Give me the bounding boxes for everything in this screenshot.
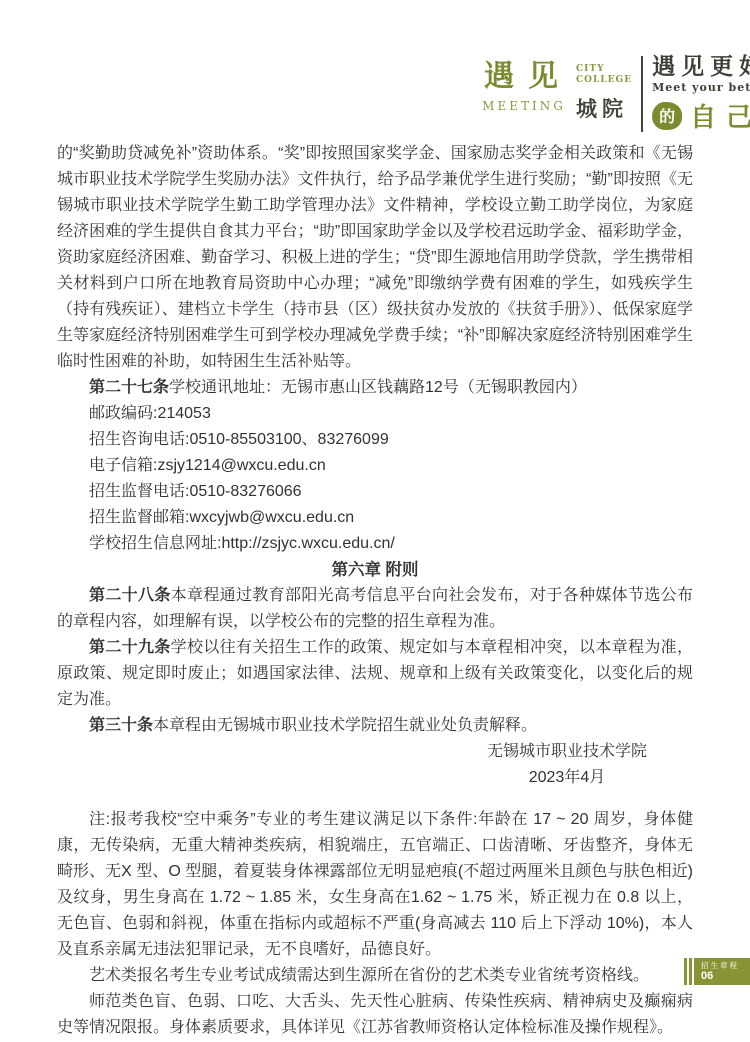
logo-yujian-text: 遇见 [476,62,572,92]
logo-meeting-text: MEETING [476,99,572,113]
footer-section-label: 招生章程 [701,961,746,970]
footer-stripe-1 [684,958,687,985]
signature-block: 无锡城市职业技术学院 2023年4月 [57,739,693,791]
college-logo: 遇见 MEETING CITY COLLEGE 城院 遇见更好 Meet you… [476,54,750,134]
article-30-text: 本章程由无锡城市职业技术学院招生就业处负责解释。 [153,717,537,734]
logo-divider [641,56,643,132]
chapter-6-heading: 第六章 附则 [57,557,693,583]
contact-postal-code: 邮政编码:214053 [57,401,693,427]
signature-inner: 无锡城市职业技术学院 2023年4月 [487,739,647,791]
logo-slogan-block: 遇见更好 Meet your better self 的 自己 [652,54,750,134]
footer-page-tab: 招生章程 06 [684,958,750,985]
article-29-label: 第二十九条 [89,639,171,656]
footer-stripe-2 [689,958,692,985]
document-page: 遇见 MEETING CITY COLLEGE 城院 遇见更好 Meet you… [0,0,750,1042]
article-28-label: 第二十八条 [89,587,171,604]
signature-college-name: 无锡城市职业技术学院 [487,739,647,765]
article-29: 第二十九条学校以往有关招生工作的政策、规定如与本章程相冲突，以本章程为准，原政策… [57,635,693,713]
contact-email: 电子信箱:zsjy1214@wxcu.edu.cn [57,453,693,479]
article-28: 第二十八条本章程通过教育部阳光高考信息平台向社会发布，对于各种媒体节选公布的章程… [57,583,693,635]
logo-slogan-bottom-row: 的 自己 [652,97,750,134]
footer-block: 招生章程 06 [694,958,750,985]
signature-date: 2023年4月 [487,765,647,791]
logo-slogan-en: Meet your better self [652,81,750,94]
logo-city-text: CITY [576,64,632,75]
article-27-label: 第二十七条 [89,379,169,396]
logo-mid-block: CITY COLLEGE 城院 [576,54,632,123]
contact-supervision-email: 招生监督邮箱:wxcyjwb@wxcu.edu.cn [57,505,693,531]
document-content: 的“奖勤助贷减免补”资助体系。“奖”即按照国家奖学金、国家励志奖学金相关政策和《… [57,141,693,1041]
footer-page-number: 06 [701,970,746,983]
logo-ziji-text: 自己 [690,97,750,134]
article-30-label: 第三十条 [89,717,153,734]
logo-de-badge-icon: 的 [652,102,682,130]
article-27-text: 学校通讯地址：无锡市惠山区钱藕路12号（无锡职教园内） [169,379,587,396]
contact-admission-phone: 招生咨询电话:0510-85503100、83276099 [57,427,693,453]
note-cabin-crew-requirements: 注:报考我校“空中乘务”专业的考生建议满足以下条件:年龄在 17 ~ 20 周岁… [57,807,693,963]
logo-left-block: 遇见 MEETING [476,54,572,113]
article-30: 第三十条本章程由无锡城市职业技术学院招生就业处负责解释。 [57,713,693,739]
contact-admission-website: 学校招生信息网址:http://zsjyc.wxcu.edu.cn/ [57,531,693,557]
logo-slogan-cn: 遇见更好 [652,54,750,79]
note-teacher-training-restrictions: 师范类色盲、色弱、口吃、大舌头、先天性心脏病、传染性疾病、精神病史及癫痫病史等情… [57,989,693,1041]
paragraph-funding-system: 的“奖勤助贷减免补”资助体系。“奖”即按照国家奖学金、国家励志奖学金相关政策和《… [57,141,693,375]
logo-college-text: COLLEGE [576,75,632,86]
logo-chengyuan-text: 城院 [576,93,632,123]
contact-supervision-phone: 招生监督电话:0510-83276066 [57,479,693,505]
note-art-majors: 艺术类报名考生专业考试成绩需达到生源所在省份的艺术类专业省统考资格线。 [57,963,693,989]
article-27: 第二十七条学校通讯地址：无锡市惠山区钱藕路12号（无锡职教园内） [57,375,693,401]
